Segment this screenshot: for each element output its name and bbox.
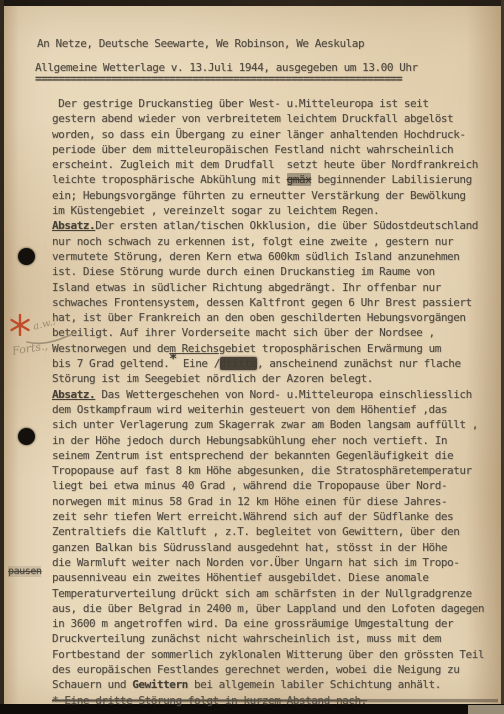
typed-line: seinem Zentrum ist entsprechend der beka… [52,448,498,463]
typed-segment-x: gmäx [287,173,312,186]
typed-line: vermutete Störung, deren Kern etwa 600km… [52,249,498,264]
typed-line: Absatz.Der ersten atlan/tischen Okklusio… [52,218,498,233]
typed-segment: gestern abend wieder von verbreitetem le… [52,112,453,125]
title-underline: ========================================… [35,72,402,85]
typed-segment: * Eine dritte Störung folgt in kurzem Ab… [52,694,367,707]
typed-segment-blk: dritte [220,357,257,370]
typed-segment: pausenniveau ein zweites Höhentief ausge… [52,571,429,584]
punch-hole-top [18,248,35,265]
typed-line: ganzen Balkan bis Südrussland ausgedehnt… [52,540,498,555]
typed-segment: Eine / [177,357,220,370]
typed-segment: Der ersten atlan/tischen Okklusion, die … [95,219,478,232]
typed-line: aus, die über Belgrad in 2400 m, über La… [52,601,498,616]
typed-line: worden, so dass ein Übergang zu einer lä… [52,127,498,142]
typed-line: erscheint. Zugleich mit dem Drudfall set… [52,157,498,172]
document-body: Der gestrige Druckanstieg über West- u.M… [52,96,498,708]
typed-margin-correction: pausen [8,566,41,577]
typed-segment: dem Ostkampfraum wird weiterhin gesteuer… [52,403,447,416]
typed-segment: Das Wettergeschehen von Nord- u.Mitteleu… [95,388,472,401]
typed-segment: leichte troposphärische Abkühlung mit [52,173,287,186]
typed-segment: des europäischen Festlandes gerechnet we… [52,663,459,676]
typed-segment: sich unter Verlagerung zum Skagerrak zwa… [52,418,478,431]
typed-segment: beginnender Labilisierung [311,173,472,186]
typed-segment: in 3600 m angetroffen wird. Da eine gros… [52,617,453,630]
punch-hole-bottom [18,428,35,445]
typed-segment: Druckverteilung zunächst nicht wahrschei… [52,632,441,645]
typed-line: ist. Diese Störung wurde durch einen Dru… [52,264,498,279]
typed-line: Absatz. Das Wettergeschehen von Nord- u.… [52,387,498,402]
typed-segment: gebiet troposphärischen Erwärmung um [219,342,441,355]
typed-segment: beteiligt. Auf ihrer Vorderseite macht s… [52,326,435,339]
typed-segment: Temperaturverteilung drückt sich am schä… [52,587,472,600]
typed-line: norwegen mit minus 58 Grad in 12 km Höhe… [52,494,498,509]
typed-line: Zentraltiefs die Kaltluft , z.T. begleit… [52,524,498,539]
typed-segment: seinem Zentrum ist entsprechend der beka… [52,449,453,462]
typed-segment: Island etwas in südlicher Richtung abged… [52,281,441,294]
typed-segment: erscheint. Zugleich mit dem Drudfall set… [52,158,478,171]
typed-line: Störung ist im Seegebiet nördlich der Az… [52,371,498,386]
typed-segment: Fortbestand der sommerlich zyklonalen Wi… [52,648,484,661]
typed-segment: Schauern und [52,678,132,691]
typed-segment: Zentraltiefs die Kaltluft , z.T. begleit… [52,525,459,538]
typed-segment: bei allgemein labiler Schichtung anhält. [188,678,441,691]
recipients-line: An Netze, Deutsche Seewarte, We Robinson… [37,37,364,50]
typed-segment: hat, ist über Frankreich an den oben ges… [52,311,466,324]
typed-segment: Störung ist im Seegebiet nördlich der Az… [52,372,373,385]
typed-line: periode über dem mitteleuropäischen Fest… [52,142,498,157]
typed-segment: schwaches Frontensystem, dessen Kaltfron… [52,296,472,309]
typed-line: bis 7 Grad geltend.* Eine /dritte, ansch… [52,356,498,371]
typed-segment-b: Gewittern [132,678,188,691]
typed-line: zeit sehr tiefen Wert erreicht.Während s… [52,509,498,524]
typed-segment: worden, so dass ein Übergang zu einer lä… [52,128,466,141]
typed-segment: vermutete Störung, deren Kern etwa 600km… [52,250,459,263]
typed-line: des europäischen Festlandes gerechnet we… [52,662,498,677]
typed-segment: periode über dem mitteleuropäischen Fest… [52,143,453,156]
typed-line: Schauern und Gewittern bei allgemein lab… [52,677,498,692]
typed-line: Temperaturverteilung drückt sich am schä… [52,586,498,601]
typed-line: Westnorwegen und dem Reichsgebiet tropos… [52,341,498,356]
struck-footnote-line: * Eine dritte Störung folgt in kurzem Ab… [52,693,498,708]
typed-segment: norwegen mit minus 58 Grad in 12 km Höhe… [52,495,447,508]
photo-edge-top [0,0,504,6]
typed-line: Druckverteilung zunächst nicht wahrschei… [52,631,498,646]
photographed-document-page: An Netze, Deutsche Seewarte, We Robinson… [0,0,504,714]
typed-segment: ein; Hebungsvorgänge führten zu erneutte… [52,189,466,202]
typed-segment: nur noch schwach zu erkennen ist, folgt … [52,235,453,248]
typed-segment-u: Absatz. [52,219,95,232]
typed-line: in 3600 m angetroffen wird. Da eine gros… [52,616,498,631]
typed-line: pausenniveau ein zweites Höhentief ausge… [52,570,498,585]
typed-line: sich unter Verlagerung zum Skagerrak zwa… [52,417,498,432]
typed-line: beteiligt. Auf ihrer Vorderseite macht s… [52,325,498,340]
typed-line: gestern abend wieder von verbreitetem le… [52,111,498,126]
typed-line: nur noch schwach zu erkennen ist, folgt … [52,234,498,249]
typed-segment: ganzen Balkan bis Südrussland ausgedehnt… [52,541,447,554]
typed-line: Tropopause auf fast 8 km Höhe abgesunken… [52,463,498,478]
typed-segment-sup: * [169,352,176,367]
typed-segment: , anscheinend zunächst nur flache [257,357,461,370]
typed-line: schwaches Frontensystem, dessen Kaltfron… [52,295,498,310]
typed-line: Fortbestand der sommerlich zyklonalen Wi… [52,647,498,662]
typed-line: Island etwas in südlicher Richtung abged… [52,280,498,295]
typed-segment: im Küstengebiet , vereinzelt sogar zu le… [52,204,379,217]
typed-segment: in der Höhe jedoch durch Hebungsabkühlun… [52,434,447,447]
typed-segment: zeit sehr tiefen Wert erreicht.Während s… [52,510,453,523]
typed-line: ein; Hebungsvorgänge führten zu erneutte… [52,188,498,203]
typed-segment: aus, die über Belgrad in 2400 m, über La… [52,602,484,615]
typed-line: leichte troposphärische Abkühlung mit gm… [52,172,498,187]
typed-line: im Küstengebiet , vereinzelt sogar zu le… [52,203,498,218]
typed-line: dem Ostkampfraum wird weiterhin gesteuer… [52,402,498,417]
typed-segment: bis 7 Grad geltend. [52,357,169,370]
typed-segment: Der gestrige Druckanstieg über West- u.M… [52,97,429,110]
photo-edge-left [0,0,4,714]
typed-line: hat, ist über Frankreich an den oben ges… [52,310,498,325]
typed-segment: die Warmluft weiter nach Norden vor.Über… [52,556,459,569]
typed-segment: liegt bei etwa minus 40 Grad , während d… [52,479,447,492]
typed-segment: Tropopause auf fast 8 km Höhe abgesunken… [52,464,472,477]
typed-segment-u: Absatz. [52,388,95,401]
typed-line: in der Höhe jedoch durch Hebungsabkühlun… [52,433,498,448]
typed-segment: ist. Diese Störung wurde durch einen Dru… [52,265,435,278]
typed-line: liegt bei etwa minus 40 Grad , während d… [52,478,498,493]
typed-line: Der gestrige Druckanstieg über West- u.M… [52,96,498,111]
typed-line: die Warmluft weiter nach Norden vor.Über… [52,555,498,570]
